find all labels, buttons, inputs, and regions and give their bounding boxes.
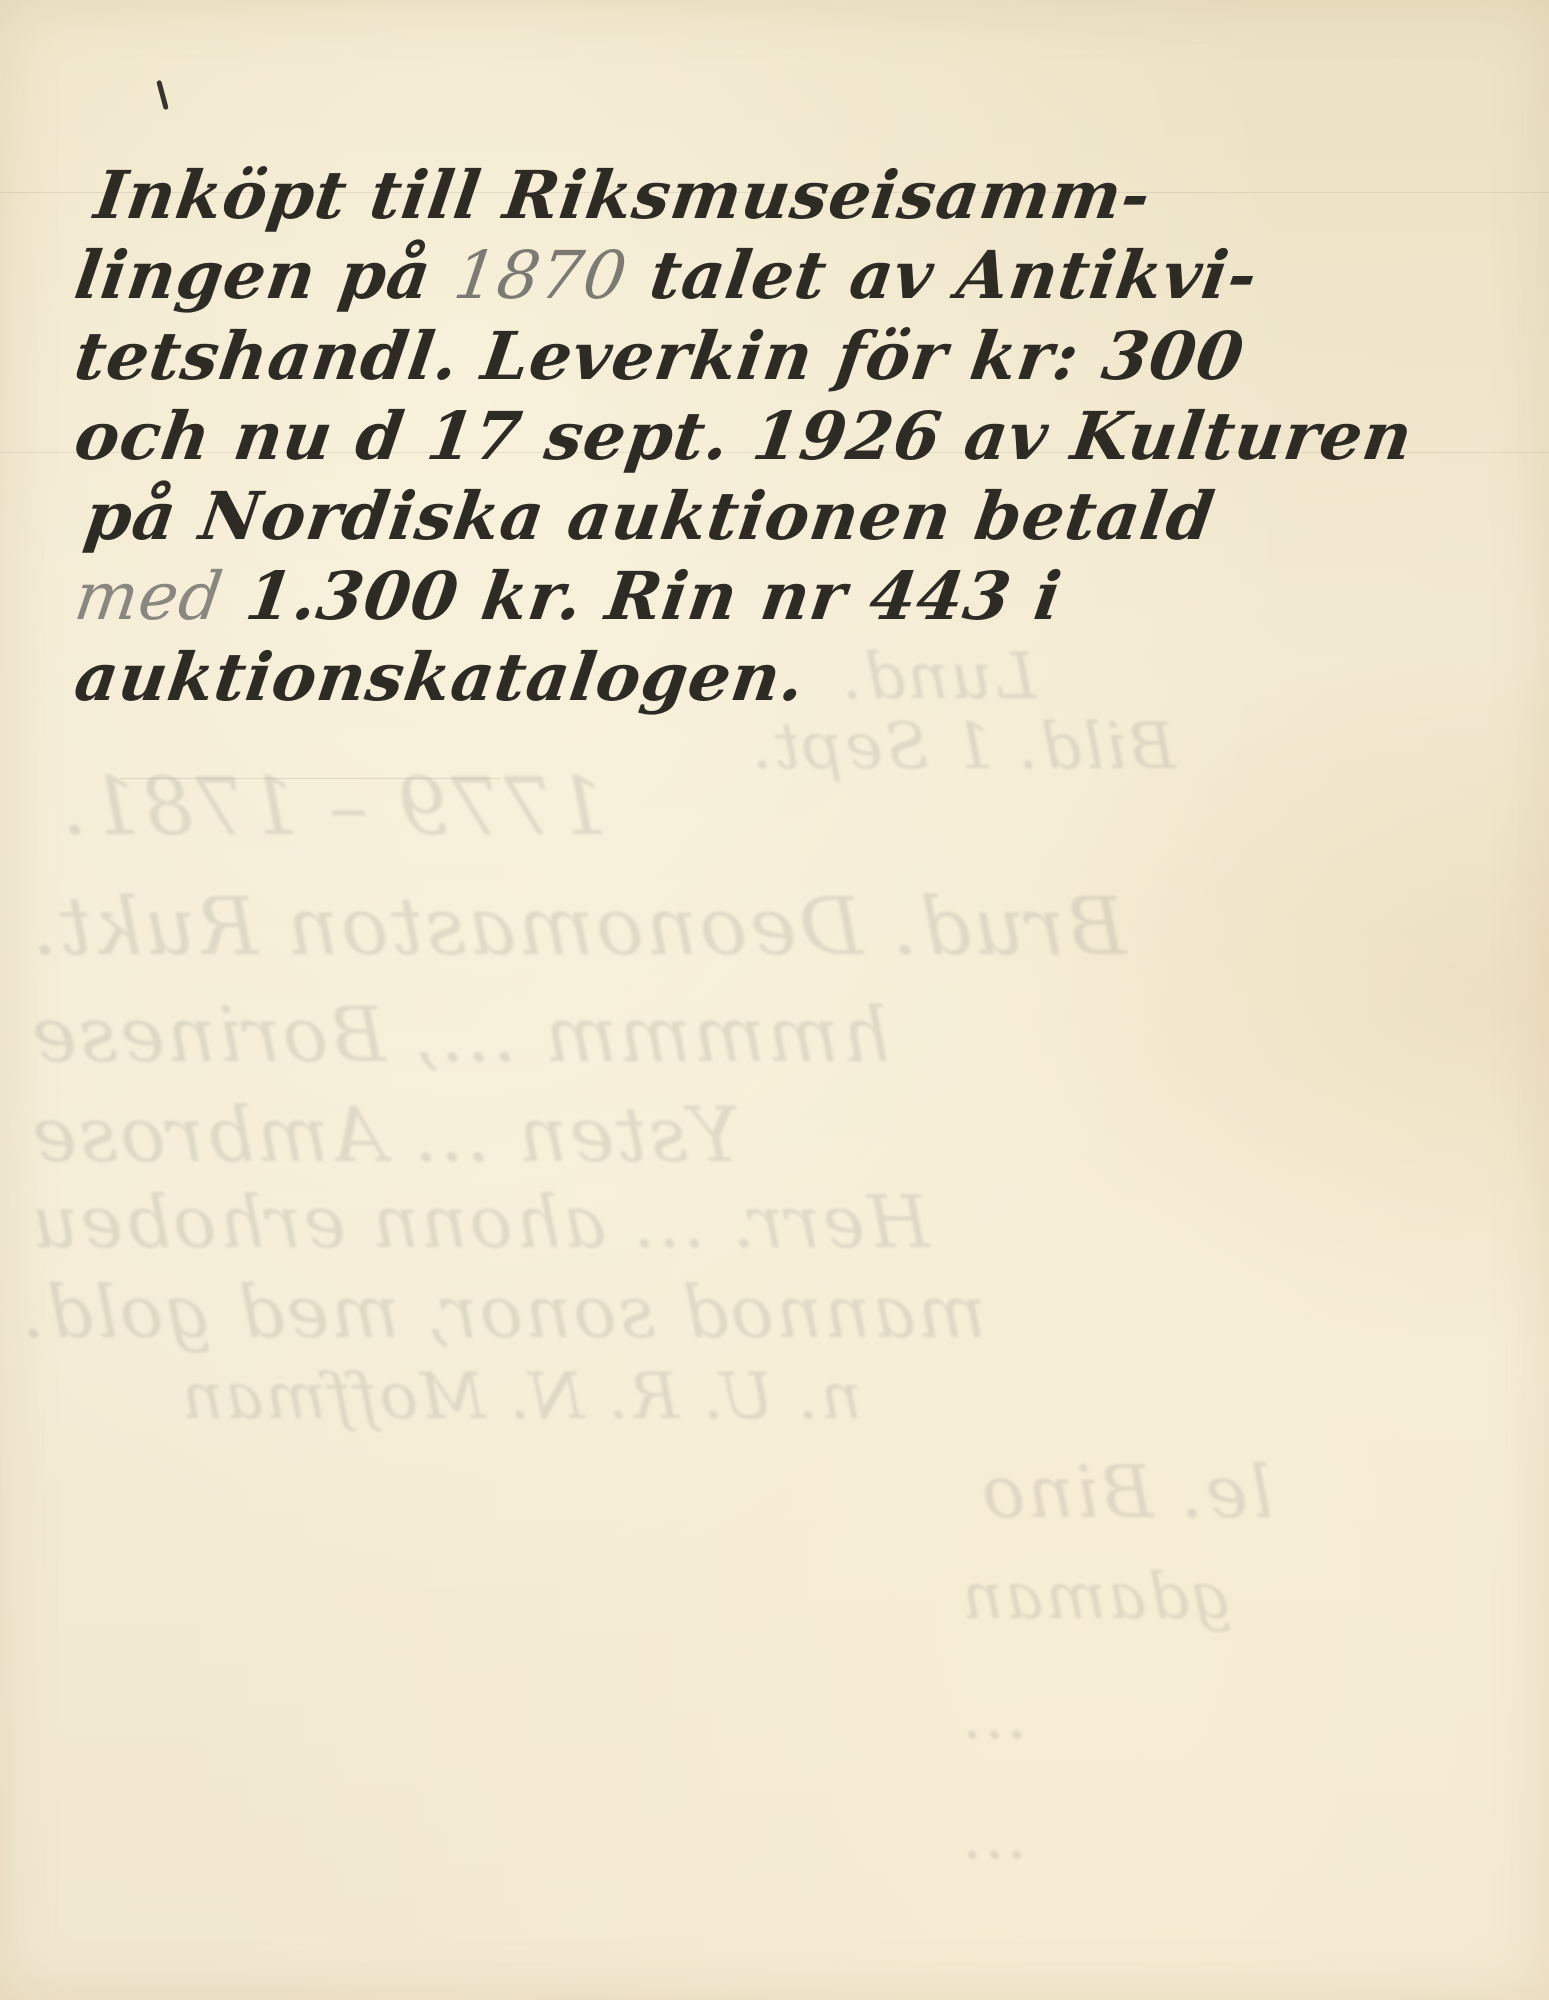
bleed-through-text: n. U. R. N. Moffman: [180, 1360, 862, 1434]
handwritten-note: Inköpt till Riksmuseisamm- lingen på 187…: [70, 155, 1490, 717]
note-line-3: tetshandl. Leverkin för kr: 300: [70, 316, 1501, 396]
bleed-through-text: le. Bino: [980, 1450, 1273, 1534]
bleed-through-text: ...: [960, 1800, 1027, 1874]
note-line-5: på Nordiska auktionen betald: [80, 476, 1501, 556]
bleed-through-text: ...: [960, 1680, 1027, 1754]
bleed-through-text: Brud. Deonomaston Rukt.: [30, 880, 1126, 973]
bleed-through-text: Herr. ... ahonn erhobeu: [30, 1180, 930, 1264]
accent-mark: [156, 80, 169, 110]
note-line-1: Inköpt till Riksmuseisamm-: [90, 155, 1501, 235]
note-line-4: och nu d 17 sept. 1926 av Kulturen: [70, 396, 1501, 476]
bleed-through-text: 1779 – 1781.: [60, 760, 607, 853]
bleed-through-text: hmmmm ..., Borinese: [30, 990, 890, 1079]
note-text: 1.300 kr. Rin nr 443 i: [217, 557, 1066, 635]
note-faded-word: med: [70, 558, 228, 635]
note-text: lingen på: [70, 236, 460, 314]
note-line-7: auktionskatalogen.: [70, 637, 1501, 717]
note-text: talet av Antikvi-: [621, 236, 1262, 314]
bleed-through-text: gdaman: [960, 1560, 1232, 1634]
note-line-6: med 1.300 kr. Rin nr 443 i: [70, 556, 1501, 637]
scanned-paper-page: Lund. Bild. 1 Sept. 1779 – 1781. Brud. D…: [0, 0, 1549, 2000]
bleed-through-text: Bild. 1 Sept.: [750, 710, 1175, 784]
note-year-pencil: 1870: [449, 237, 632, 314]
bleed-through-text: Ysten ... Ambrose: [30, 1090, 740, 1179]
bleed-through-text: mannod sonor, med gold.: [20, 1270, 986, 1354]
note-line-2: lingen på 1870 talet av Antikvi-: [70, 235, 1501, 316]
